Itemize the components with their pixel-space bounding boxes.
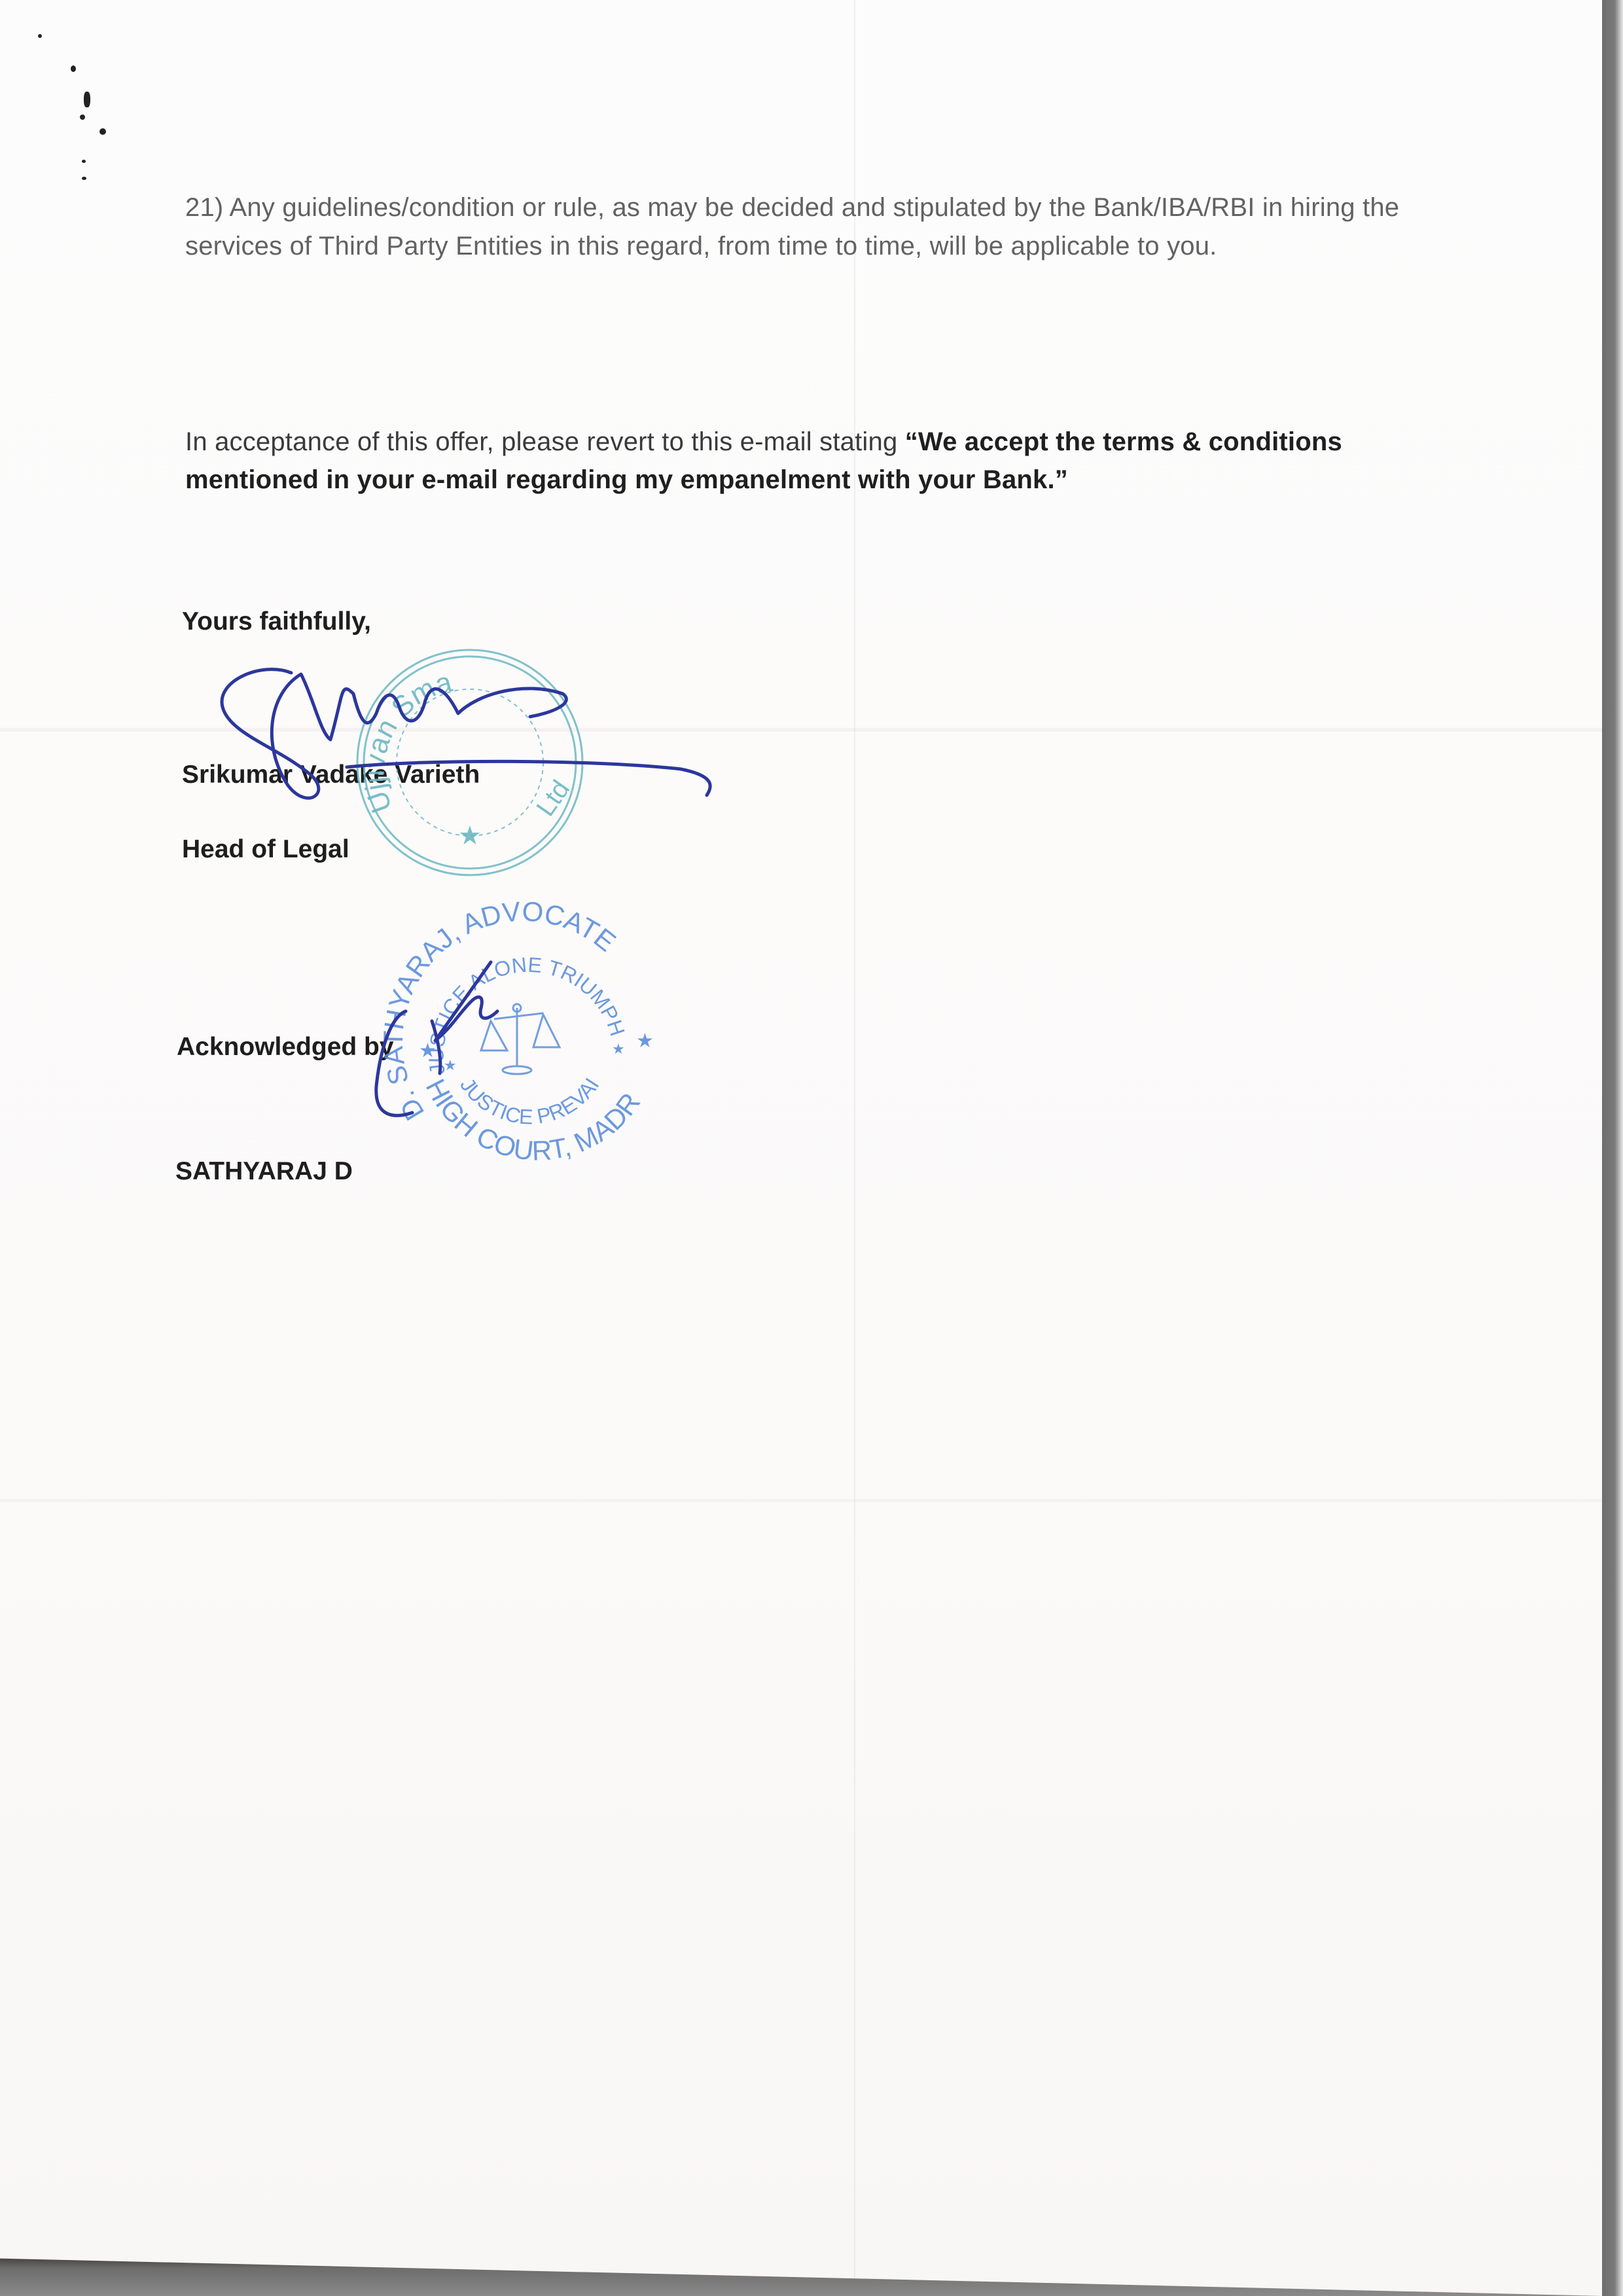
signatures <box>0 0 1623 2296</box>
signer-signature <box>222 670 710 798</box>
acknowledger-signature <box>376 962 497 1115</box>
scanner-edge-right <box>1602 0 1623 2296</box>
